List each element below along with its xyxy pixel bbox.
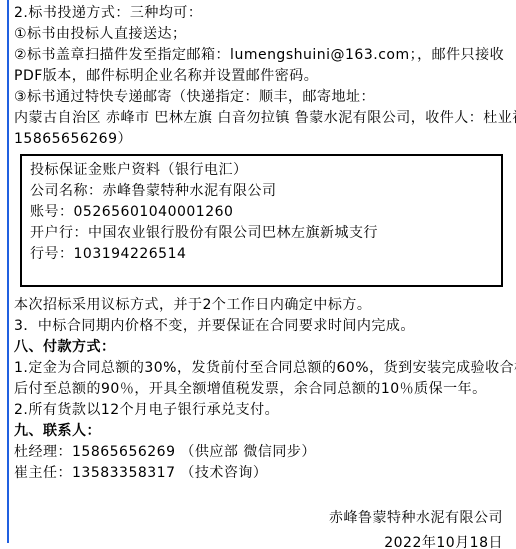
bid-bond-company-name: 公司名称：赤峰鲁蒙特种水泥有限公司 — [30, 181, 493, 202]
contact-manager-du: 杜经理：15865656269 （供应部 微信同步） — [14, 442, 503, 463]
payment-item-1-line-1: 1.定金为合同总额的30%，发货前付至合同总额的60%，货到安装完成验收合格 — [14, 358, 503, 379]
bid-bond-bank-code: 行号：103194226514 — [30, 244, 493, 265]
bid-bond-box: 投标保证金账户资料（银行电汇） 公司名称：赤峰鲁蒙特种水泥有限公司 账号：052… — [20, 154, 503, 287]
negotiation-note: 本次招标采用议标方式，并于2个工作日内确定中标方。 — [14, 295, 503, 316]
document-body: 2.标书投递方式：三种均可： ①标书由投标人直接送达； ②标书盖章扫描件发至指定… — [14, 3, 503, 549]
left-accent-rule — [7, 0, 9, 543]
bid-bond-title: 投标保证金账户资料（银行电汇） — [30, 160, 493, 181]
bid-delivery-option-2-line-2: PDF版本，邮件标明企业名称并设置邮件密码。 — [14, 66, 503, 87]
bid-delivery-option-3-line-3: 15865656269） — [14, 129, 503, 150]
payment-heading: 八、付款方式： — [14, 337, 503, 358]
bid-delivery-option-1: ①标书由投标人直接送达； — [14, 24, 503, 45]
signature-block: 赤峰鲁蒙特种水泥有限公司 2022年10月18日 — [14, 506, 503, 549]
contact-director-cui: 崔主任：13583358317 （技术咨询） — [14, 463, 503, 484]
bid-delivery-option-2-line-1: ②标书盖章扫描件发至指定邮箱：lumengshuini@163.com；，邮件只… — [14, 45, 503, 66]
payment-item-2: 2.所有货款以12个月电子银行承兑支付。 — [14, 400, 503, 421]
signature-date: 2022年10月18日 — [14, 531, 503, 549]
bid-delivery-option-3-line-1: ③标书通过特快专递邮寄（快递指定：顺丰，邮寄地址： — [14, 87, 503, 108]
contacts-heading: 九、联系人： — [14, 421, 503, 442]
bid-delivery-option-3-line-2: 内蒙古自治区 赤峰市 巴林左旗 白音勿拉镇 鲁蒙水泥有限公司，收件人：杜业祥 — [14, 108, 503, 129]
payment-item-1-line-2: 后付至总额的90％，开具全额增值税发票，余合同总额的10％质保一年。 — [14, 379, 503, 400]
bid-delivery-heading: 2.标书投递方式：三种均可： — [14, 3, 503, 24]
price-fixed-note: 3．中标合同期内价格不变，并要保证在合同要求时间内完成。 — [14, 316, 503, 337]
bid-bond-bank-name: 开户行：中国农业银行股份有限公司巴林左旗新城支行 — [30, 223, 493, 244]
signature-company: 赤峰鲁蒙特种水泥有限公司 — [14, 506, 503, 531]
bid-bond-account-number: 账号：05265601040001260 — [30, 202, 493, 223]
